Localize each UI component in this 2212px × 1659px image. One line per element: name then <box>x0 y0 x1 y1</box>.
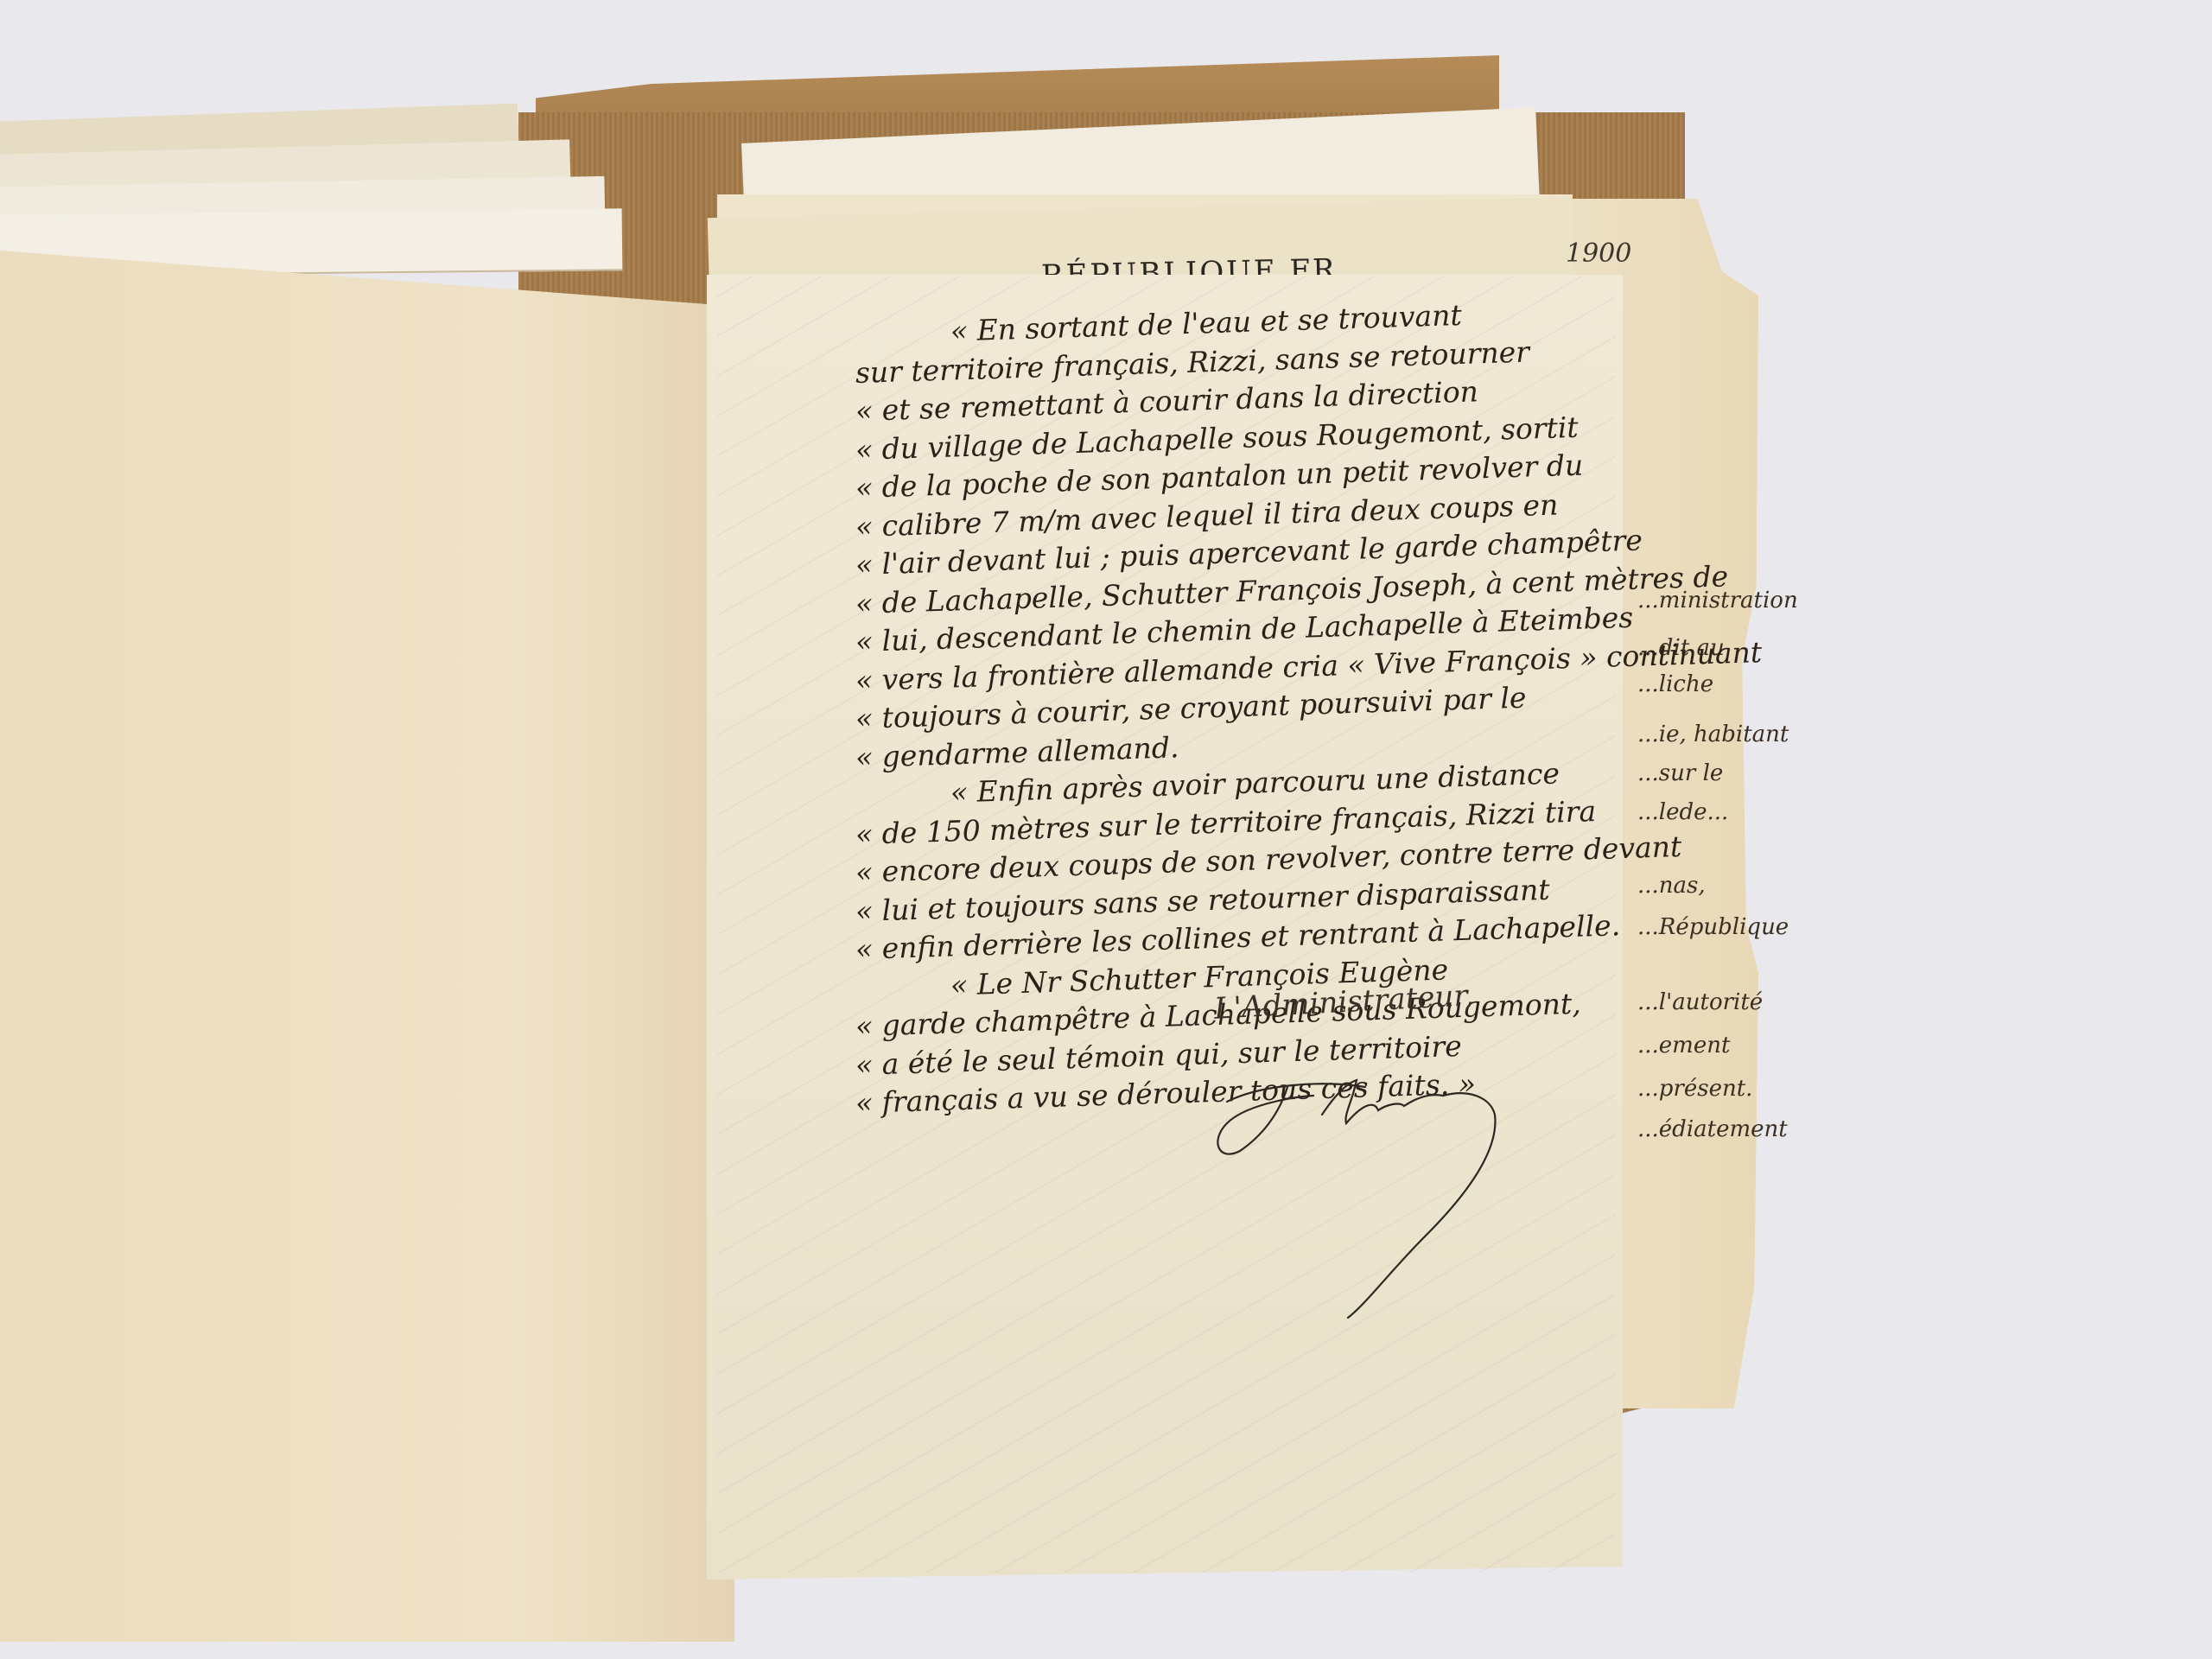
letterhead-date: 1900 <box>1566 238 1631 269</box>
partial-line: ...lede... <box>1637 799 1728 825</box>
partial-line: ...nas, <box>1637 873 1706 899</box>
partial-line: ...l'autorité <box>1637 989 1763 1015</box>
partial-line: ...présent. <box>1637 1076 1752 1102</box>
left-blank-page <box>0 251 734 1642</box>
partial-line: ...sur le <box>1637 760 1723 786</box>
partial-line: ...édiatement <box>1637 1116 1788 1142</box>
partial-line: ...République <box>1637 914 1789 940</box>
partial-line: ...liche <box>1637 671 1713 697</box>
signature-icon <box>1192 1020 1555 1331</box>
partial-line: ...ie, habitant <box>1637 721 1789 747</box>
partial-line: ...ement <box>1637 1033 1730 1058</box>
